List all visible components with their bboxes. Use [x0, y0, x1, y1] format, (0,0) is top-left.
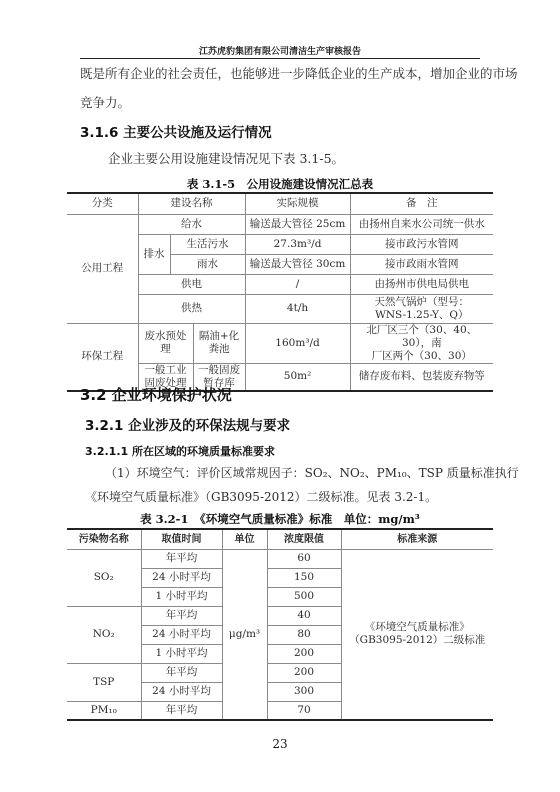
table-3-2-1-caption: 表 3.2-1 《环境空气质量标准》标准 单位：mg/m³: [67, 511, 493, 527]
name-cell: 雨水: [170, 254, 245, 274]
note-cell: 储存废布料、包装废弃物等: [350, 363, 493, 391]
table-3-1-5: 分类 建设名称 实际规模 备 注 公用工程 给水 输送最大管径 25cm 由扬州…: [67, 192, 493, 392]
limit-cell: 150: [267, 568, 341, 587]
name-line: 理: [160, 343, 171, 355]
subname-line: 粪池: [209, 343, 230, 355]
table-header-row: 污染物名称 取值时间 单位 浓度限值 标准来源: [67, 529, 493, 549]
period-cell: 年平均: [141, 549, 222, 568]
table-3-2-1: 污染物名称 取值时间 单位 浓度限值 标准来源 SO₂ 年平均 μg/m³ 60…: [67, 528, 493, 721]
name-line: 一般工业: [145, 364, 187, 376]
period-cell: 1 小时平均: [141, 587, 222, 606]
name-cell: 供电: [138, 274, 245, 294]
section-3-2-1-1-line2: 《环境空气质量标准》（GB3095-2012）二级标准。见表 3.2-1。: [85, 490, 437, 504]
header-name: 建设名称: [138, 193, 245, 214]
scale-cell: 4t/h: [245, 294, 350, 323]
intro-paragraph-line1: 既是所有企业的社会责任，也能够进一步降低企业的生产成本，增加企业的市场: [80, 67, 518, 81]
category-cell: 公用工程: [67, 214, 138, 323]
header-source: 标准来源: [341, 529, 493, 549]
scale-cell: 27.3m³/d: [245, 234, 350, 254]
scale-cell: 输送最大管径 25cm: [245, 214, 350, 234]
pollutant-cell: NO₂: [67, 606, 141, 663]
table-header-row: 分类 建设名称 实际规模 备 注: [67, 193, 493, 214]
heading-3-2: 3.2 企业环境保护状况: [80, 384, 232, 405]
period-cell: 24 小时平均: [141, 568, 222, 587]
period-cell: 24 小时平均: [141, 682, 222, 701]
note-cell: 接市政污水管网: [350, 234, 493, 254]
section-3-1-6-text: 企业主要公用设施建设情况见下表 3.1-5。: [108, 152, 344, 166]
name-cell: 给水: [138, 214, 245, 234]
pollutant-cell: PM₁₀: [67, 701, 141, 720]
note-cell: 接市政雨水管网: [350, 254, 493, 274]
parent-name-cell: 排水: [138, 234, 170, 274]
heading-3-2-1-1: 3.2.1.1 所在区域的环境质量标准要求: [85, 443, 275, 459]
limit-cell: 40: [267, 606, 341, 625]
scale-cell: 160m³/d: [245, 323, 350, 363]
limit-cell: 500: [267, 587, 341, 606]
note-cell: 天然气锅炉（型号：WNS-1.25-Y、Q）: [350, 294, 493, 323]
source-line: 《环境空气质量标准》: [365, 621, 470, 633]
name-cell: 生活污水: [170, 234, 245, 254]
subname-line: 隔油+化: [199, 330, 239, 342]
period-cell: 1 小时平均: [141, 644, 222, 663]
table-row: 环保工程 废水预处理 隔油+化粪池 160m³/d 北厂区三个（30、40、30…: [67, 323, 493, 363]
running-header-title: 江苏虎豹集团有限公司清洁生产审核报告: [0, 44, 560, 57]
unit-cell: μg/m³: [222, 549, 267, 720]
subname-line: 一般固废: [198, 364, 240, 376]
limit-cell: 200: [267, 663, 341, 682]
limit-cell: 80: [267, 625, 341, 644]
period-cell: 年平均: [141, 701, 222, 720]
note-cell: 由扬州市供电局供电: [350, 274, 493, 294]
note-line: 天然气锅炉（型号：: [375, 296, 470, 308]
note-line: 北厂区三个（30、40、30），南: [366, 324, 477, 349]
intro-paragraph-line2: 竞争力。: [80, 96, 130, 110]
header-scale: 实际规模: [245, 193, 350, 214]
source-line: （GB3095-2012）二级标准: [349, 634, 485, 646]
limit-cell: 70: [267, 701, 341, 720]
table-3-1-5-caption: 表 3.1-5 公用设施建设情况汇总表: [67, 176, 493, 192]
period-cell: 年平均: [141, 606, 222, 625]
note-line: 厂区两个（30、30）: [372, 350, 472, 362]
limit-cell: 60: [267, 549, 341, 568]
scale-cell: 输送最大管径 30cm: [245, 254, 350, 274]
header-category: 分类: [67, 193, 138, 214]
scale-cell: /: [245, 274, 350, 294]
name-line: 废水预处: [145, 330, 187, 342]
table-row: SO₂ 年平均 μg/m³ 60 《环境空气质量标准》（GB3095-2012）…: [67, 549, 493, 568]
table-row: 公用工程 给水 输送最大管径 25cm 由扬州自来水公司统一供水: [67, 214, 493, 234]
category-cell: 环保工程: [67, 323, 138, 391]
subname-cell: 隔油+化粪池: [193, 323, 245, 363]
name-cell: 废水预处理: [138, 323, 193, 363]
period-cell: 年平均: [141, 663, 222, 682]
pollutant-cell: SO₂: [67, 549, 141, 606]
heading-3-1-6: 3.1.6 主要公共设施及运行情况: [80, 121, 272, 141]
note-line: WNS-1.25-Y、Q）: [375, 309, 468, 321]
header-rule: [80, 58, 480, 59]
pollutant-cell: TSP: [67, 663, 141, 701]
limit-cell: 200: [267, 644, 341, 663]
header-period: 取值时间: [141, 529, 222, 549]
scale-cell: 50m²: [245, 363, 350, 391]
header-unit: 单位: [222, 529, 267, 549]
section-3-2-1-1-line1: （1）环境空气：评价区域常规因子：SO₂、NO₂、PM₁₀、TSP 质量标准执行: [105, 466, 519, 480]
name-cell: 供热: [138, 294, 245, 323]
header-limit: 浓度限值: [267, 529, 341, 549]
page-number: 23: [0, 737, 560, 751]
source-cell: 《环境空气质量标准》（GB3095-2012）二级标准: [341, 549, 493, 720]
period-cell: 24 小时平均: [141, 625, 222, 644]
header-note: 备 注: [350, 193, 493, 214]
note-cell: 由扬州自来水公司统一供水: [350, 214, 493, 234]
heading-3-2-1: 3.2.1 企业涉及的环保法规与要求: [85, 414, 290, 434]
limit-cell: 300: [267, 682, 341, 701]
header-pollutant: 污染物名称: [67, 529, 141, 549]
note-cell: 北厂区三个（30、40、30），南厂区两个（30、30）: [350, 323, 493, 363]
